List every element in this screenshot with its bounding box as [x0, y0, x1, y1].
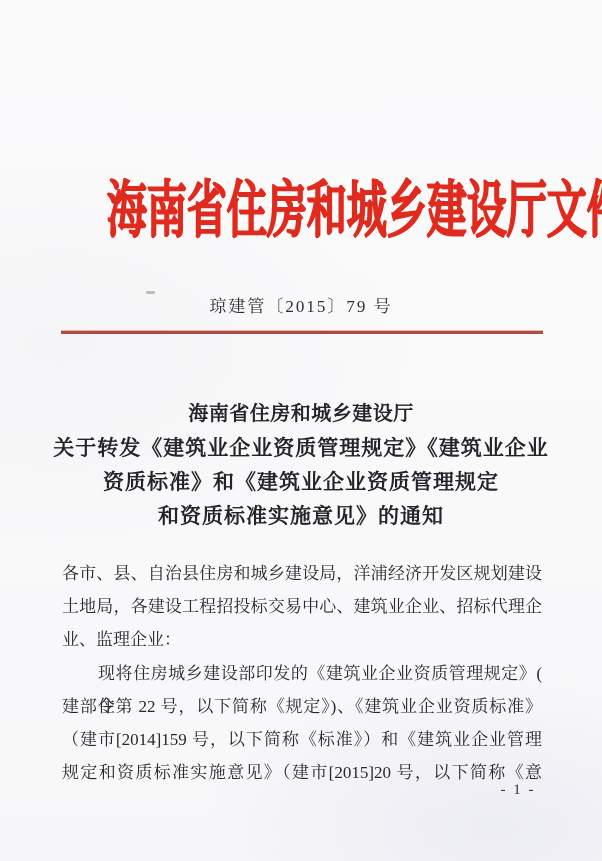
recipients-line: 业、监理企业：: [62, 623, 542, 656]
document-title: 海南省住房和城乡建设厅 关于转发《建筑业企业资质管理规定》《建筑业企业 资质标准…: [40, 397, 562, 533]
recipients-paragraph: 各市、县、自治县住房和城乡建设局，洋浦经济开发区规划建设 土地局，各建设工程招投…: [62, 557, 542, 656]
document-number: 琼建管〔2015〕79 号: [0, 292, 602, 317]
title-line: 资质标准》和《建筑业企业资质管理规定: [40, 465, 562, 499]
body-paragraph: 现将住房城乡建设部印发的《建筑业企业资质管理规定》( 住 建部令第 22 号，以…: [62, 657, 542, 789]
title-line: 关于转发《建筑业企业资质管理规定》《建筑业企业: [40, 431, 562, 465]
body-line: 建部令第 22 号，以下简称《规定》)、《建筑业企业资质标准》: [62, 690, 542, 723]
recipients-line: 土地局，各建设工程招投标交易中心、建筑业企业、招标代理企: [62, 590, 542, 623]
body-line: （建市[2014]159 号，以下简称《标准》）和《建筑业企业管理: [62, 723, 542, 756]
title-line: 和资质标准实施意见》的通知: [40, 499, 562, 533]
recipients-line: 各市、县、自治县住房和城乡建设局，洋浦经济开发区规划建设: [62, 557, 542, 590]
letterhead-title: 海南省住房和城乡建设厅文件: [107, 171, 495, 251]
red-divider-line: [61, 331, 543, 334]
scanned-document-page: 海南省住房和城乡建设厅文件 琼建管〔2015〕79 号 海南省住房和城乡建设厅 …: [0, 0, 602, 861]
title-issuing-authority: 海南省住房和城乡建设厅: [40, 397, 562, 431]
body-line: 现将住房城乡建设部印发的《建筑业企业资质管理规定》( 住: [62, 657, 542, 690]
scan-artifact-mark: [146, 291, 155, 294]
page-number: - 1 -: [458, 782, 578, 799]
